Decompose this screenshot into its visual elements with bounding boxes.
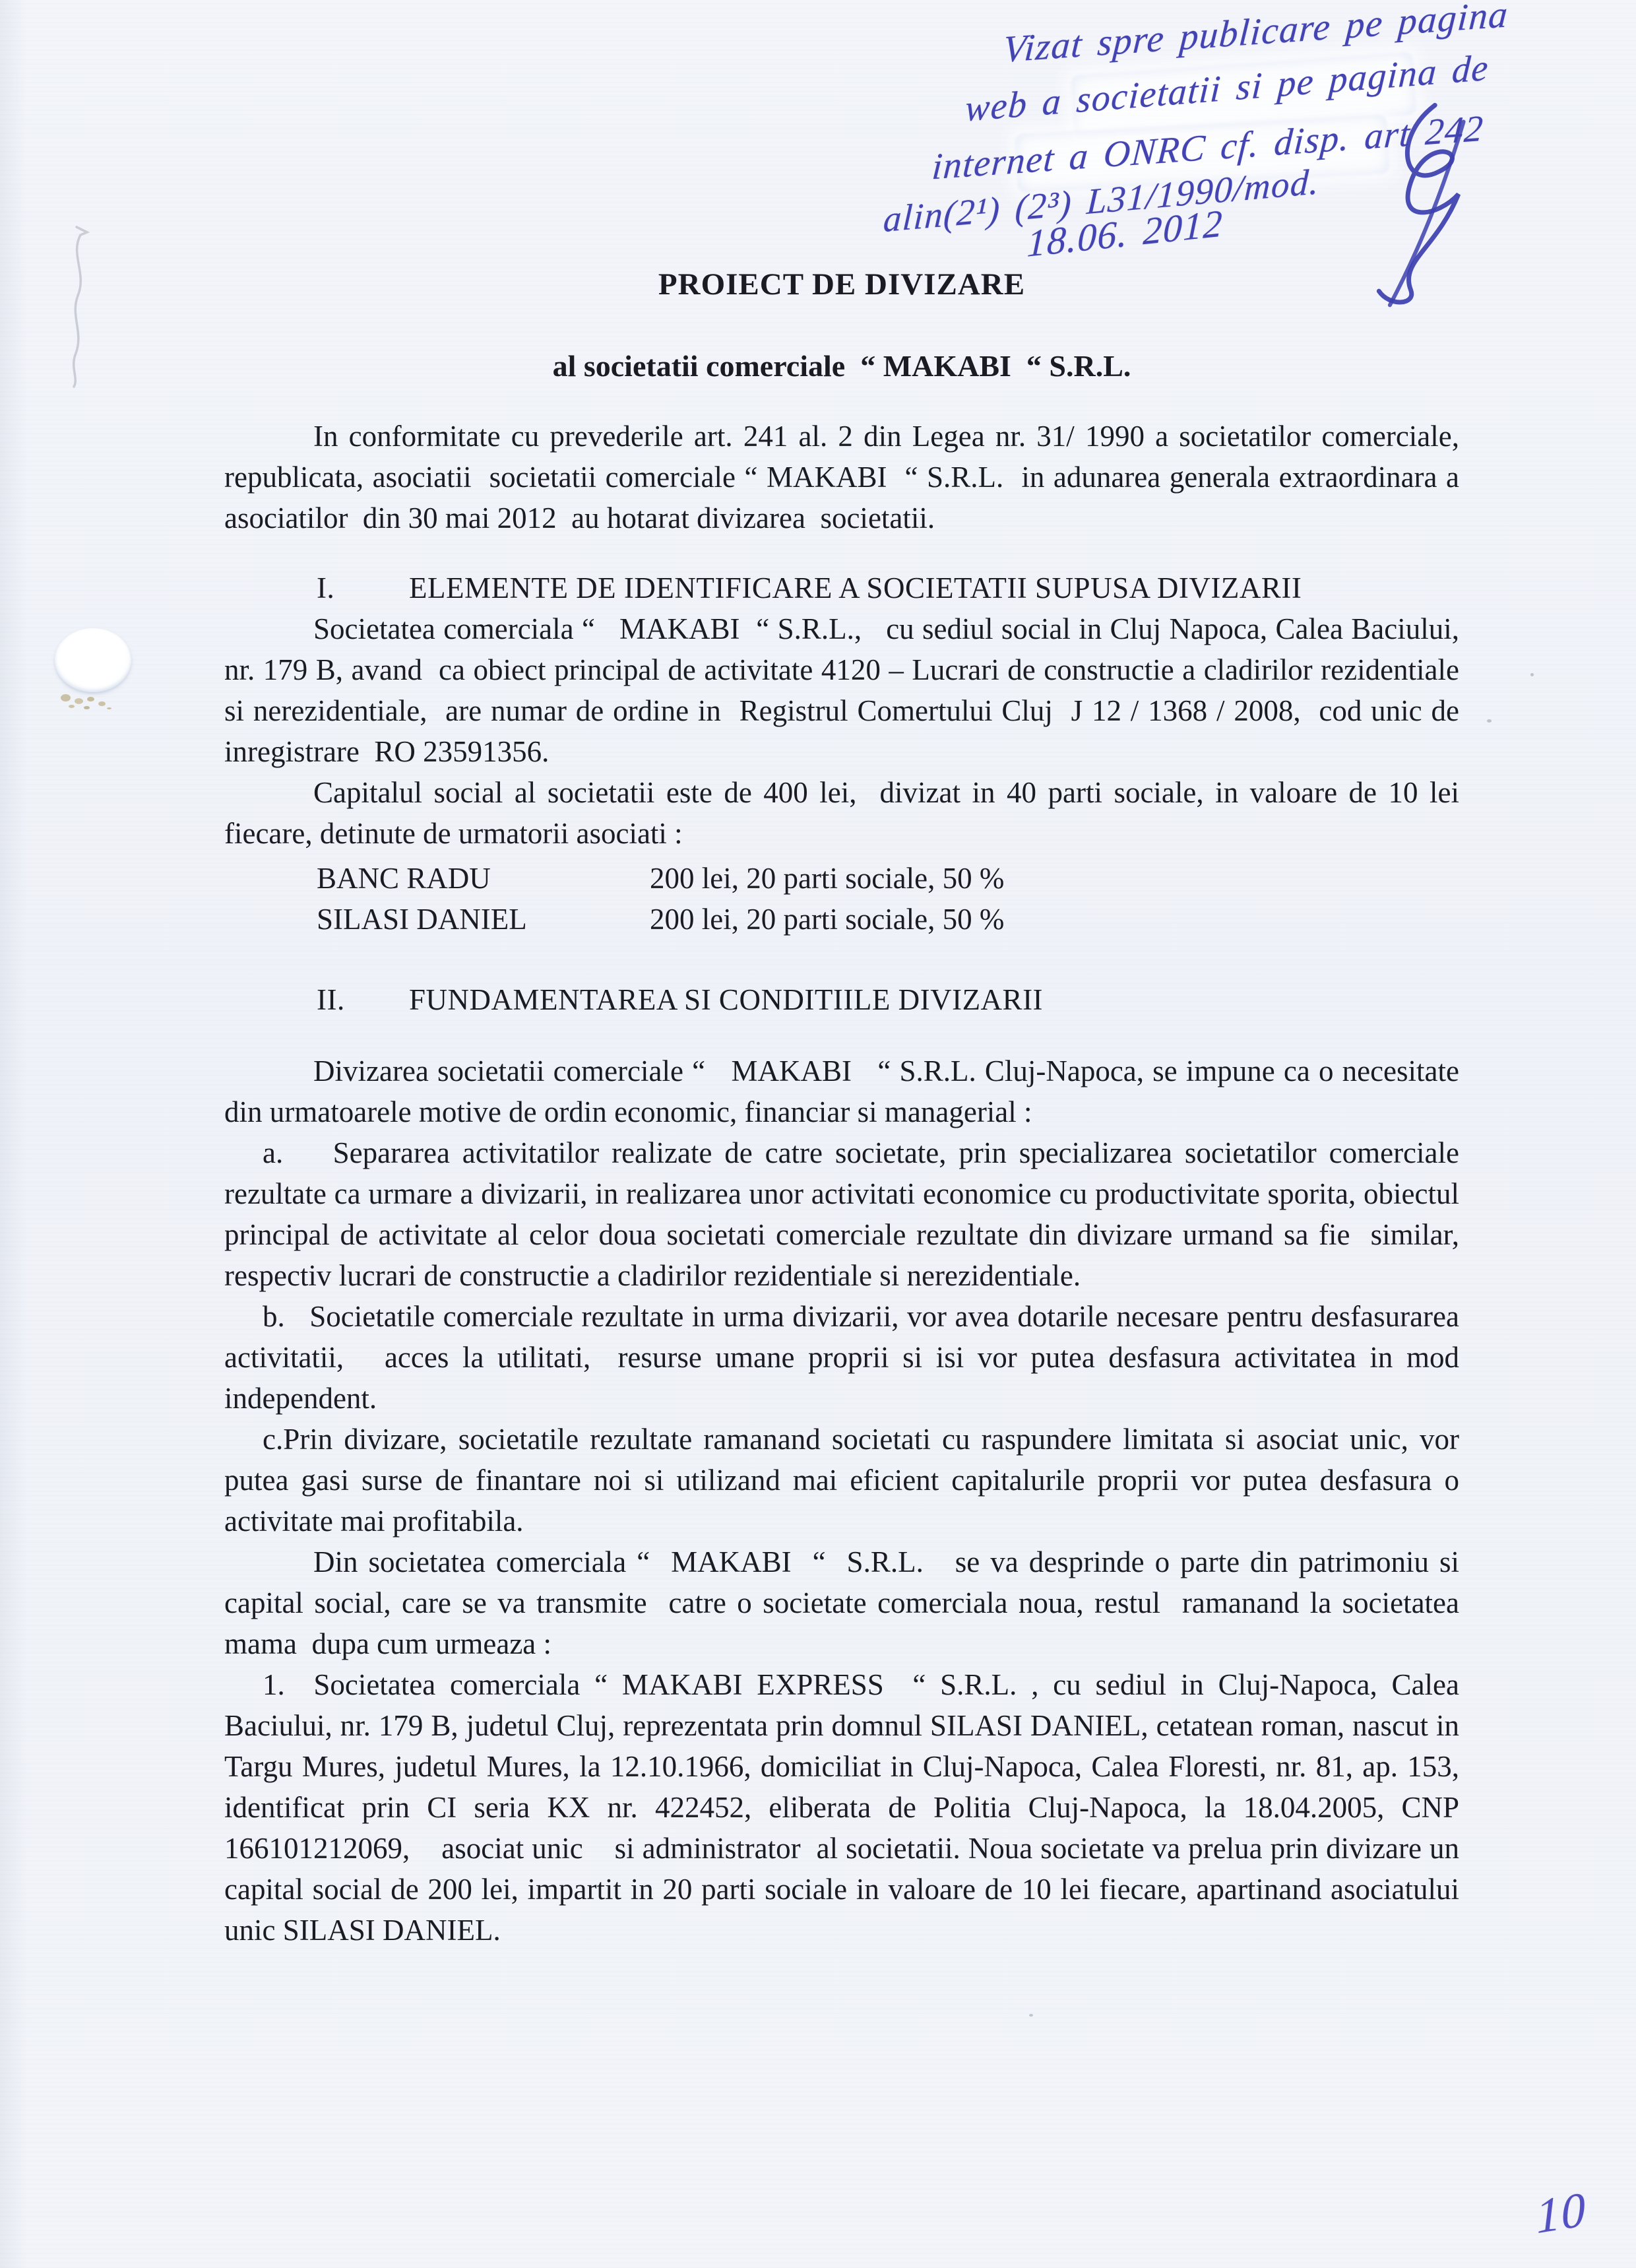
shareholder-name: SILASI DANIEL	[317, 899, 650, 940]
section-2-intro-paragraph: Divizarea societatii comerciale “ MAKABI…	[224, 1051, 1459, 1132]
scan-speck	[1487, 719, 1492, 723]
pencil-scribble	[58, 223, 117, 388]
section-2-item-c: c.Prin divizare, societatile rezultate r…	[224, 1419, 1459, 1541]
scan-edge-shadow	[0, 0, 28, 2268]
ink-smudge	[61, 694, 71, 701]
document-subtitle: al societatii comerciale “ MAKABI “ S.R.…	[224, 347, 1459, 385]
hole-punch	[55, 628, 131, 692]
shareholder-row: SILASI DANIEL200 lei, 20 parti sociale, …	[224, 899, 1459, 940]
handwritten-page-number: 10	[1534, 2182, 1588, 2246]
section-1-paragraph-capital: Capitalul social al societatii este de 4…	[224, 772, 1459, 854]
section-2-numeral: II.	[317, 979, 409, 1020]
section-2-item-a: a. Separarea activitatilor realizate de …	[224, 1132, 1459, 1296]
shareholder-name: BANC RADU	[317, 858, 650, 899]
document-content: PROIECT DE DIVIZARE al societatii comerc…	[224, 0, 1459, 1951]
scan-speck	[1530, 673, 1534, 676]
shareholder-list: BANC RADU200 lei, 20 parti sociale, 50 %…	[224, 858, 1459, 940]
section-1-title: ELEMENTE DE IDENTIFICARE A SOCIETATII SU…	[409, 571, 1302, 604]
shareholder-holding: 200 lei, 20 parti sociale, 50 %	[650, 903, 1004, 936]
scanned-document-page: Vizat spre publicare pe pagina web a soc…	[0, 0, 1636, 2268]
section-2-item-1-new-company: 1. Societatea comerciala “ MAKABI EXPRES…	[224, 1664, 1459, 1951]
section-1-heading: I.ELEMENTE DE IDENTIFICARE A SOCIETATII …	[224, 567, 1459, 608]
section-2-split-paragraph: Din societatea comerciala “ MAKABI “ S.R…	[224, 1541, 1459, 1664]
section-2-title: FUNDAMENTAREA SI CONDITIILE DIVIZARII	[409, 983, 1043, 1016]
section-2-item-b: b. Societatile comerciale rezultate in u…	[224, 1296, 1459, 1419]
section-2-heading: II.FUNDAMENTAREA SI CONDITIILE DIVIZARII	[224, 979, 1459, 1020]
scan-speck	[1029, 2014, 1033, 2017]
document-title: PROIECT DE DIVIZARE	[224, 265, 1459, 304]
shareholder-row: BANC RADU200 lei, 20 parti sociale, 50 %	[224, 858, 1459, 899]
section-1-numeral: I.	[317, 567, 409, 608]
intro-paragraph: In conformitate cu prevederile art. 241 …	[224, 416, 1459, 538]
section-1-paragraph-identification: Societatea comerciala “ MAKABI “ S.R.L.,…	[224, 608, 1459, 772]
shareholder-holding: 200 lei, 20 parti sociale, 50 %	[650, 862, 1004, 895]
